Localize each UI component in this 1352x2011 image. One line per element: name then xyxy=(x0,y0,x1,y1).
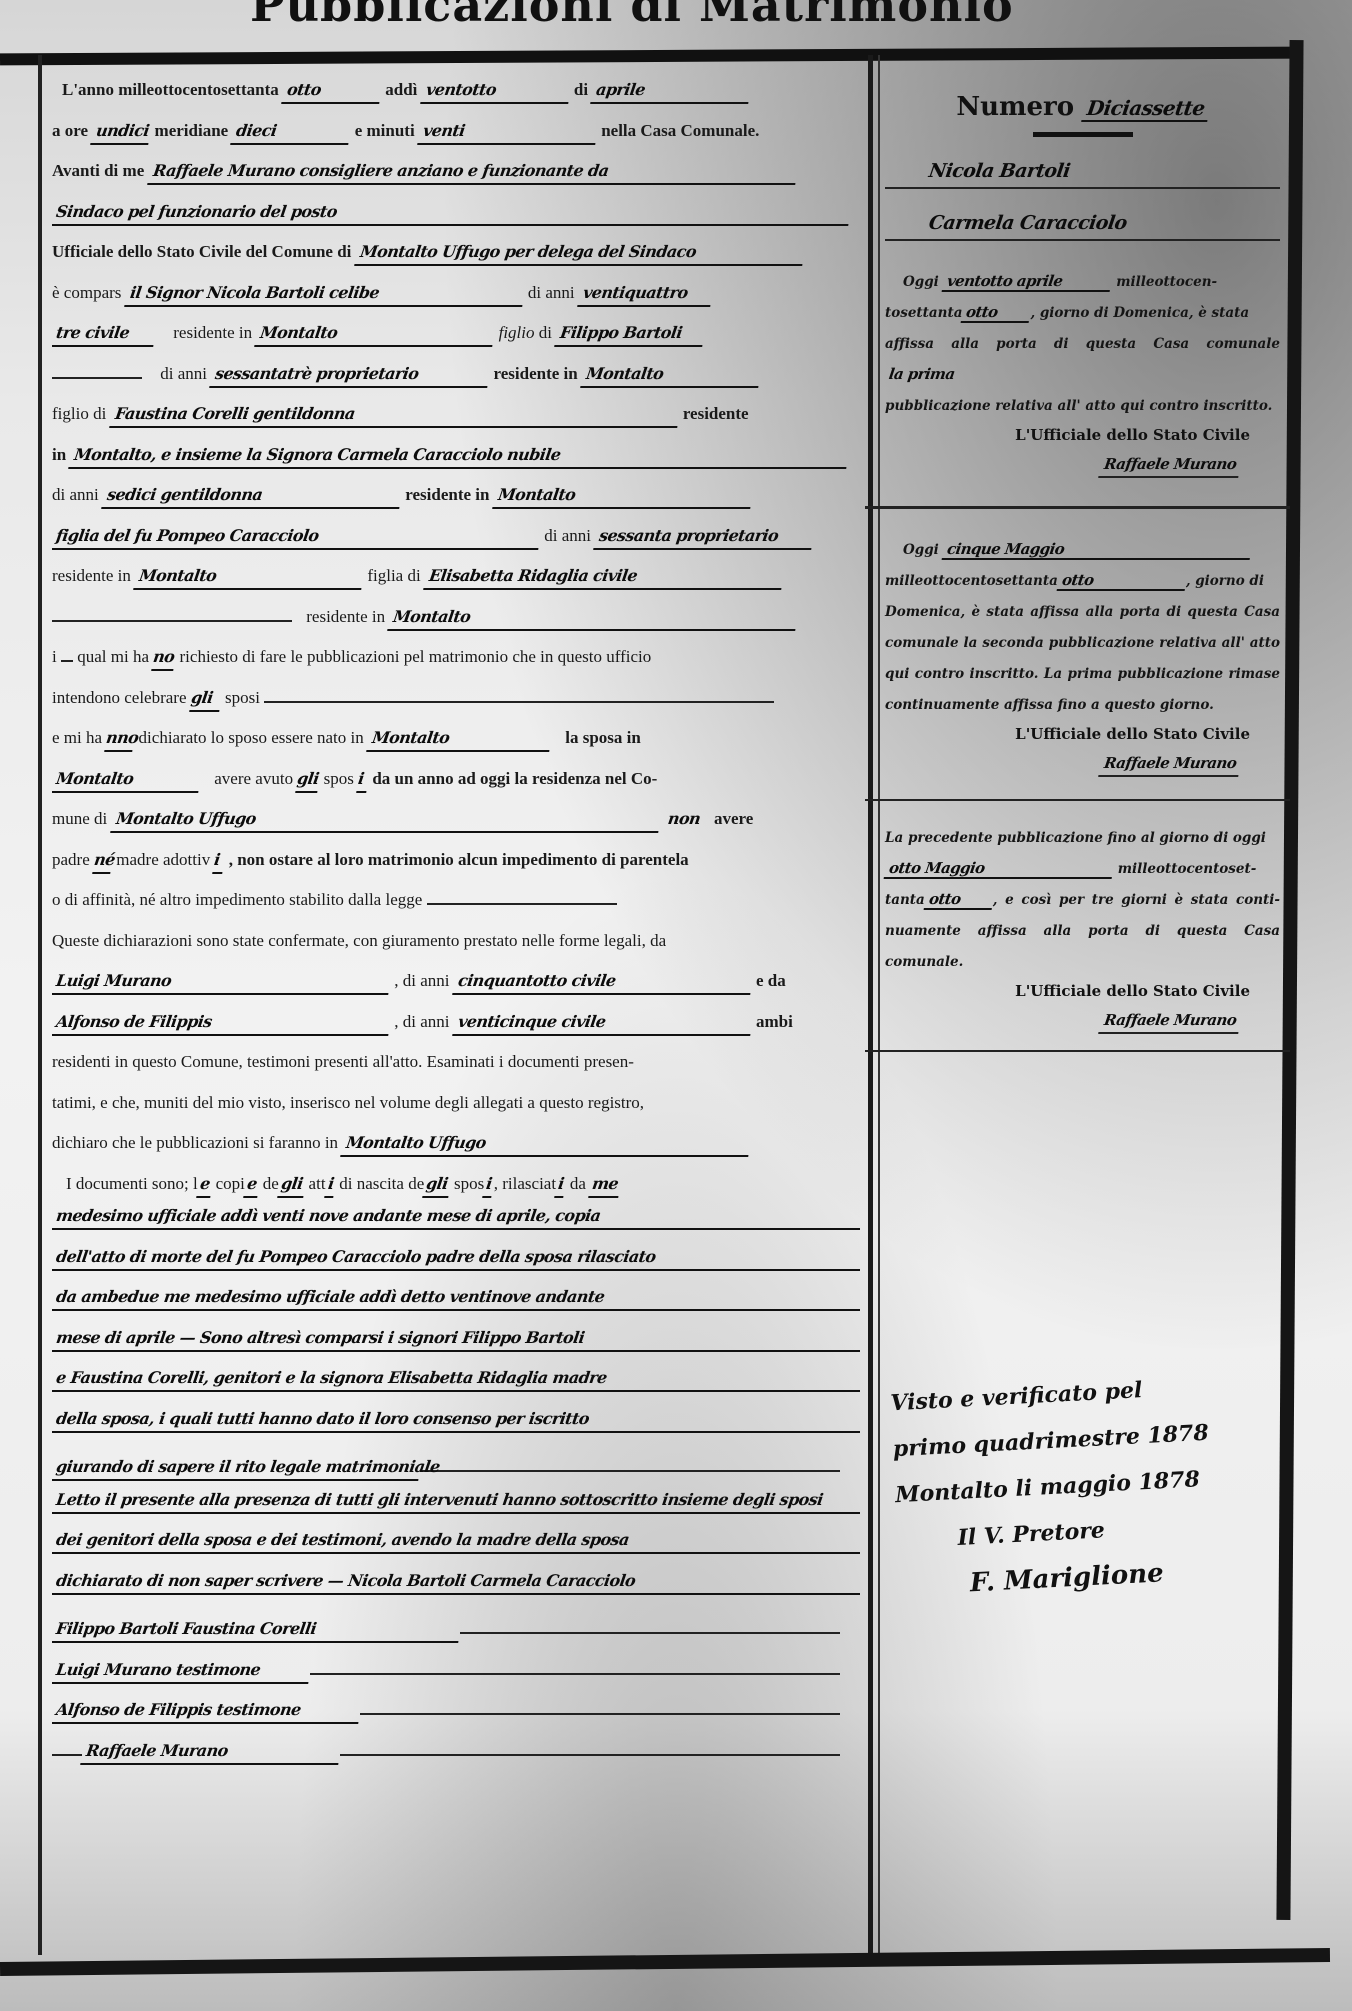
annotation-line: da ambedue me medesimo ufficiale addì de… xyxy=(52,1285,860,1326)
act-line: e mi ha nno dichiarato lo sposo essere n… xyxy=(52,718,860,759)
act-line: di anni sedici gentildonna residente in … xyxy=(52,475,860,516)
handwritten-groom: il Signor Nicola Bartoli celibe xyxy=(124,281,526,307)
signature-line: Luigi Murano testimone xyxy=(52,1650,860,1691)
officer-signature: Raffaele Murano xyxy=(1098,452,1242,478)
act-line: L'anno milleottocentosettanta otto addì … xyxy=(52,70,860,111)
act-line: figlia del fu Pompeo Caracciolo di anni … xyxy=(52,516,860,557)
act-line: Luigi Murano , di anni cinquantotto civi… xyxy=(52,961,860,1002)
act-line: tatimi, e che, muniti del mio visto, ins… xyxy=(52,1083,860,1124)
handwritten-comune: Montalto Uffugo per delega del Sindaco xyxy=(354,240,806,266)
act-line: Sindaco pel funzionario del posto xyxy=(52,192,860,233)
annotation-line: dei genitori della sposa e dei testimoni… xyxy=(52,1528,860,1569)
act-line: Montalto avere avuto gli spos i da un an… xyxy=(52,759,860,800)
act-line: di anni sessantatrè proprietario residen… xyxy=(52,354,860,395)
handwritten-month: aprile xyxy=(590,78,752,104)
main-act: L'anno milleottocentosettanta otto addì … xyxy=(52,70,860,1771)
annotation-line: della sposa, i quali tutti hanno dato il… xyxy=(52,1407,860,1448)
column-divider xyxy=(868,55,873,1955)
annotation-line: medesimo ufficiale addì venti nove andan… xyxy=(52,1204,860,1245)
annotation-line: dell'atto di morte del fu Pompeo Caracci… xyxy=(52,1245,860,1286)
handwritten-year: otto xyxy=(281,78,383,104)
act-line: residente in Montalto xyxy=(52,597,860,638)
act-line: i qual mi ha no richiesto di fare le pub… xyxy=(52,637,860,678)
officer-signature: Raffaele Murano xyxy=(52,1731,860,1772)
handwritten-day: ventotto xyxy=(420,78,572,104)
act-line: mune di Montalto Uffugo non avere xyxy=(52,799,860,840)
act-line: padre né madre adottiv i , non ostare al… xyxy=(52,840,860,881)
record-number: Numero Diciassette xyxy=(885,92,1280,122)
first-publication: Oggi ventotto aprile milleottocen- toset… xyxy=(885,267,1280,509)
handwritten-witness-2: Alfonso de Filippis xyxy=(52,1010,392,1036)
act-line: Queste dichiarazioni sono state conferma… xyxy=(52,921,860,962)
act-line: I documenti sono; le copie degli atti di… xyxy=(52,1164,860,1205)
act-line: tre civile residente in Montalto figlio … xyxy=(52,313,860,354)
third-publication: La precedente pubblicazione fino al gior… xyxy=(885,823,1280,1052)
annotation-line: e Faustina Corelli, genitori e la signor… xyxy=(52,1366,860,1407)
handwritten-witness-1: Luigi Murano xyxy=(52,969,392,995)
spouse-line: Carmela Caracciolo xyxy=(885,189,1280,241)
second-publication: Oggi cinque Maggio milleottocentosettant… xyxy=(885,535,1280,801)
act-line: figlio di Faustina Corelli gentildonna r… xyxy=(52,394,860,435)
act-line: residente in Montalto figlia di Elisabet… xyxy=(52,556,860,597)
column-divider-inner xyxy=(878,55,880,1955)
pretore-visto-note: Visto e verificato pel primo quadrimestr… xyxy=(889,1360,1291,1610)
act-line: è compars il Signor Nicola Bartoli celib… xyxy=(52,273,860,314)
signature-line: Filippo Bartoli Faustina Corelli xyxy=(52,1609,860,1650)
side-panel: Numero Diciassette Nicola Bartoli Carmel… xyxy=(885,70,1280,1052)
officer-signature: Raffaele Murano xyxy=(1098,751,1242,777)
act-line: intendono celebrare gli sposi xyxy=(52,678,860,719)
act-line: Alfonso de Filippis , di anni venticinqu… xyxy=(52,1002,860,1043)
act-line: Ufficiale dello Stato Civile del Comune … xyxy=(52,232,860,273)
annotation-line: Letto il presente alla presenza di tutti… xyxy=(52,1488,860,1529)
annotation-line: giurando di sapere il rito legale matrim… xyxy=(52,1447,860,1488)
act-line: o di affinità, né altro impedimento stab… xyxy=(52,880,860,921)
act-line: dichiaro che le pubblicazioni si faranno… xyxy=(52,1123,860,1164)
signature-line: Alfonso de Filippis testimone xyxy=(52,1690,860,1731)
act-line: Avanti di me Raffaele Murano consigliere… xyxy=(52,151,860,192)
spouse-line: Nicola Bartoli xyxy=(885,137,1280,189)
handwritten-officer: Raffaele Murano consigliere anziano e fu… xyxy=(147,159,799,185)
annotation-line: mese di aprile — Sono altresì comparsi i… xyxy=(52,1326,860,1367)
act-line: in Montalto, e insieme la Signora Carmel… xyxy=(52,435,860,476)
signature-line: dichiarato di non saper scrivere — Nicol… xyxy=(52,1569,860,1610)
act-line: a ore undici meridiane dieci e minuti ve… xyxy=(52,111,860,152)
handwritten-bride: Montalto, e insieme la Signora Carmela C… xyxy=(69,443,851,469)
officer-signature: Raffaele Murano xyxy=(1098,1008,1242,1034)
left-frame-rule xyxy=(38,55,42,1955)
document-title: Pubblicazioni di Matrimonio xyxy=(250,0,1070,32)
act-line: residenti in questo Comune, testimoni pr… xyxy=(52,1042,860,1083)
